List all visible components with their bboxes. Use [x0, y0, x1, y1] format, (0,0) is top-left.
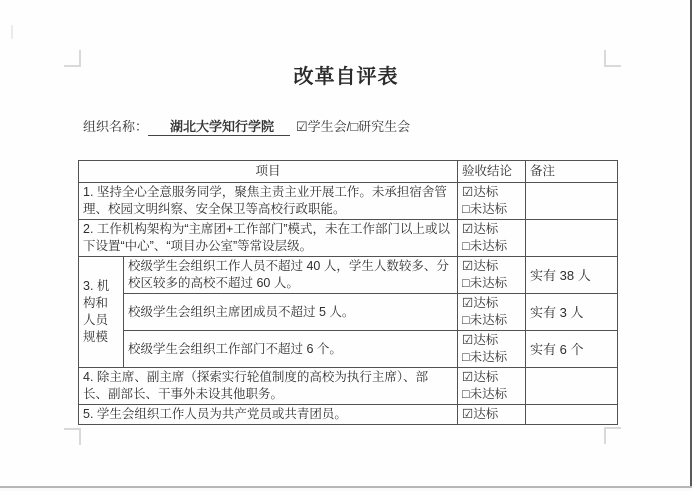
- table-row: 校级学生会组织工作部门不超过 6 个。 ☑达标 □未达标 实有 6 个: [79, 331, 618, 368]
- page-title: 改革自评表: [0, 60, 692, 89]
- remark-cell: [526, 368, 618, 405]
- window-edge-artifact: [11, 25, 13, 39]
- org-name-label: 组织名称：: [83, 119, 148, 134]
- document-page: 改革自评表 组织名称：湖北大学知行学院☑学生会/□研究生会 项目 验收结论 备注…: [0, 0, 692, 491]
- table-row: 3. 机构和人员规模 校级学生会组织工作人员不超过 40 人，学生人数较多、分校…: [79, 257, 618, 294]
- self-evaluation-table: 项目 验收结论 备注 1. 坚持全心全意服务同学，聚焦主责主业开展工作。未承担宿…: [78, 160, 618, 425]
- table-row: 2. 工作机构架构为“主席团+工作部门”模式，未在工作部门以上或以下设置“中心”…: [79, 220, 618, 257]
- item-cell: 4. 除主席、副主席（探索实行轮值制度的高校为执行主席）、部长、副部长、干事外未…: [79, 368, 458, 405]
- item-cell: 5. 学生会组织工作人员为共产党员或共青团员。: [79, 405, 458, 425]
- item-cell: 校级学生会组织工作部门不超过 6 个。: [124, 331, 458, 368]
- conclusion-cell: ☑达标 □未达标: [458, 220, 526, 257]
- org-name-value: 湖北大学知行学院: [170, 116, 274, 136]
- table-row: 校级学生会组织主席团成员不超过 5 人。 ☑达标 □未达标 实有 3 人: [79, 294, 618, 331]
- org-name-underline: [274, 121, 290, 136]
- table-header-row: 项目 验收结论 备注: [79, 161, 618, 183]
- item-cell: 1. 坚持全心全意服务同学，聚焦主责主业开展工作。未承担宿舍管理、校园文明纠察、…: [79, 183, 458, 220]
- table-row: 1. 坚持全心全意服务同学，聚焦主责主业开展工作。未承担宿舍管理、校园文明纠察、…: [79, 183, 618, 220]
- remark-cell: 实有 6 个: [526, 331, 618, 368]
- header-item: 项目: [79, 161, 458, 183]
- conclusion-cell: ☑达标 □未达标: [458, 257, 526, 294]
- conclusion-cell: ☑达标: [458, 405, 526, 425]
- item-cell: 2. 工作机构架构为“主席团+工作部门”模式，未在工作部门以上或以下设置“中心”…: [79, 220, 458, 257]
- conclusion-cell: ☑达标 □未达标: [458, 331, 526, 368]
- group-label-cell: 3. 机构和人员规模: [79, 257, 124, 368]
- table-row: 4. 除主席、副主席（探索实行轮值制度的高校为执行主席）、部长、副部长、干事外未…: [79, 368, 618, 405]
- remark-cell: 实有 38 人: [526, 257, 618, 294]
- remark-cell: 实有 3 人: [526, 294, 618, 331]
- org-name-line: 组织名称：湖北大学知行学院☑学生会/□研究生会: [83, 116, 410, 136]
- remark-cell: [526, 220, 618, 257]
- header-conclusion: 验收结论: [458, 161, 526, 183]
- conclusion-cell: ☑达标 □未达标: [458, 368, 526, 405]
- remark-cell: [526, 183, 618, 220]
- header-remark: 备注: [526, 161, 618, 183]
- text-boundary-mark-bottom-left: [64, 428, 81, 445]
- table-row: 5. 学生会组织工作人员为共产党员或共青团员。 ☑达标: [79, 405, 618, 425]
- item-cell: 校级学生会组织工作人员不超过 40 人，学生人数较多、分校区较多的高校不超过 6…: [124, 257, 458, 294]
- item-cell: 校级学生会组织主席团成员不超过 5 人。: [124, 294, 458, 331]
- org-name-underline: [148, 121, 170, 136]
- conclusion-cell: ☑达标 □未达标: [458, 183, 526, 220]
- text-boundary-mark-bottom-right: [604, 427, 621, 444]
- remark-cell: [526, 405, 618, 425]
- conclusion-cell: ☑达标 □未达标: [458, 294, 526, 331]
- org-type-checkboxes: ☑学生会/□研究生会: [296, 119, 410, 134]
